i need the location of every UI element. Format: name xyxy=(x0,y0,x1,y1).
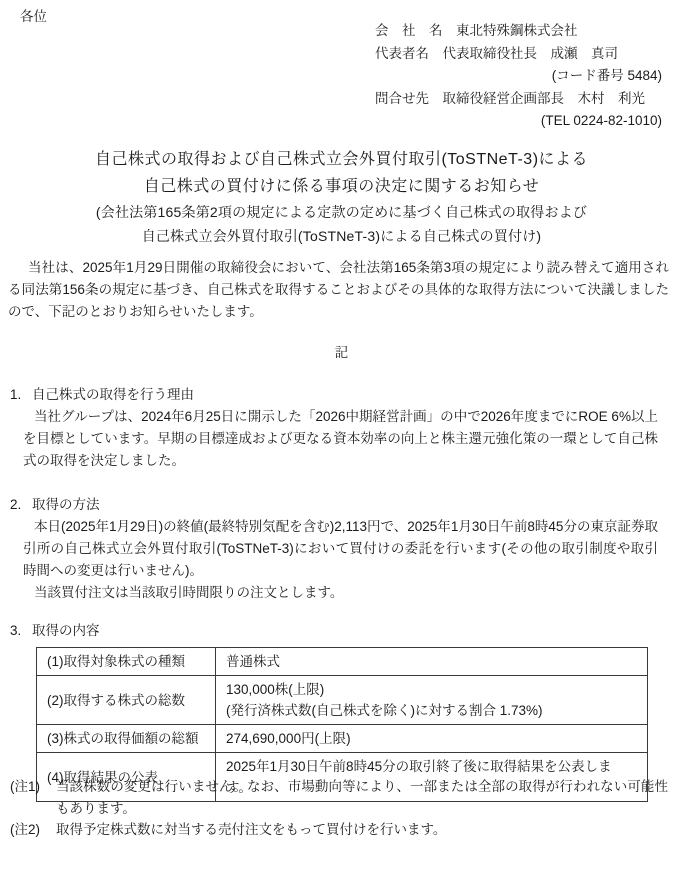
intro-paragraph: 当社は、2025年1月29日開催の取締役会において、会社法第165条第3項の規定… xyxy=(8,257,669,323)
row-label: (3)株式の取得価額の総額 xyxy=(37,725,216,753)
subtitle-line-1: (会社法第165条第2項の規定による定款の定めに基づく自己株式の取得および xyxy=(0,200,683,224)
title-block: 自己株式の取得および自己株式立会外買付取引(ToSTNeT-3)による 自己株式… xyxy=(0,146,683,248)
row-label: (1)取得対象株式の種類 xyxy=(37,648,216,676)
row-value: 普通株式 xyxy=(216,648,648,676)
section-1-body: 当社グループは、2024年6月25日に開示した「2026中期経営計画」の中で20… xyxy=(23,406,658,472)
total-shares-line-2: (発行済株式数(自己株式を除く)に対する割合 1.73%) xyxy=(226,700,637,721)
section-3-title: 取得の内容 xyxy=(32,620,100,642)
section-3-details: 3. 取得の内容 (1)取得対象株式の種類 普通株式 (2)取得する株式の総数 … xyxy=(10,620,673,802)
company-name-line: 会 社 名 東北特殊鋼株式会社 xyxy=(375,20,662,43)
company-header-block: 会 社 名 東北特殊鋼株式会社 代表者名 代表取締役社長 成瀬 真司 (コード番… xyxy=(375,20,662,133)
section-2-paragraph-1: 本日(2025年1月29日)の終値(最終特別気配を含む)2,113円で、2025… xyxy=(23,516,658,582)
table-row-total-amount: (3)株式の取得価額の総額 274,690,000円(上限) xyxy=(37,725,648,753)
section-2-method: 2. 取得の方法 本日(2025年1月29日)の終値(最終特別気配を含む)2,1… xyxy=(10,494,673,604)
note-1: (注1) 当該株数の変更は行いません。なお、市場動向等により、一部または全部の取… xyxy=(10,776,668,819)
note-2: (注2) 取得予定株式数に対当する売付注文をもって買付けを行います。 xyxy=(10,819,668,841)
section-1-heading: 1. 自己株式の取得を行う理由 xyxy=(10,384,673,406)
note-2-label: (注2) xyxy=(10,819,56,841)
section-2-title: 取得の方法 xyxy=(32,494,100,516)
section-3-heading: 3. 取得の内容 xyxy=(10,620,673,642)
section-1-number: 1. xyxy=(10,384,32,406)
row-value: 274,690,000円(上限) xyxy=(216,725,648,753)
section-2-paragraph-2: 当該買付注文は当該取引時間限りの注文とします。 xyxy=(23,582,658,604)
title-line-2: 自己株式の買付けに係る事項の決定に関するお知らせ xyxy=(0,173,683,200)
note-1-label: (注1) xyxy=(10,776,56,819)
table-row-share-type: (1)取得対象株式の種類 普通株式 xyxy=(37,648,648,676)
section-2-heading: 2. 取得の方法 xyxy=(10,494,673,516)
section-2-number: 2. xyxy=(10,494,32,516)
tel-line: (TEL 0224-82-1010) xyxy=(375,110,662,133)
notes-block: (注1) 当該株数の変更は行いません。なお、市場動向等により、一部または全部の取… xyxy=(10,776,668,841)
row-label: (2)取得する株式の総数 xyxy=(37,676,216,725)
row-value: 130,000株(上限) (発行済株式数(自己株式を除く)に対する割合 1.73… xyxy=(216,676,648,725)
table-row-total-shares: (2)取得する株式の総数 130,000株(上限) (発行済株式数(自己株式を除… xyxy=(37,676,648,725)
total-shares-line-1: 130,000株(上限) xyxy=(226,679,637,700)
section-1-paragraph: 当社グループは、2024年6月25日に開示した「2026中期経営計画」の中で20… xyxy=(23,406,658,472)
stock-code-line: (コード番号 5484) xyxy=(375,65,662,88)
subtitle-line-2: 自己株式立会外買付取引(ToSTNeT-3)による自己株式の買付け) xyxy=(0,224,683,248)
section-2-body: 本日(2025年1月29日)の終値(最終特別気配を含む)2,113円で、2025… xyxy=(23,516,658,604)
document-page: 各位 会 社 名 東北特殊鋼株式会社 代表者名 代表取締役社長 成瀬 真司 (コ… xyxy=(0,0,683,871)
representative-line: 代表者名 代表取締役社長 成瀬 真司 xyxy=(375,43,662,66)
section-1-title: 自己株式の取得を行う理由 xyxy=(32,384,194,406)
contact-line: 問合せ先 取締役経営企画部長 木村 利光 xyxy=(375,88,662,111)
record-marker: 記 xyxy=(0,341,683,361)
addressee: 各位 xyxy=(20,8,47,26)
note-2-text: 取得予定株式数に対当する売付注文をもって買付けを行います。 xyxy=(56,819,668,841)
section-3-number: 3. xyxy=(10,620,32,642)
section-1-reason: 1. 自己株式の取得を行う理由 当社グループは、2024年6月25日に開示した「… xyxy=(10,384,673,472)
title-line-1: 自己株式の取得および自己株式立会外買付取引(ToSTNeT-3)による xyxy=(0,146,683,173)
note-1-text: 当該株数の変更は行いません。なお、市場動向等により、一部または全部の取得が行われ… xyxy=(56,776,668,819)
